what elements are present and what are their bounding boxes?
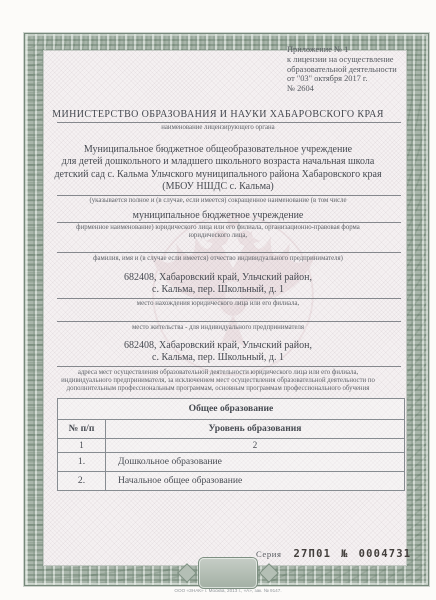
field-underline: [57, 195, 401, 196]
organization-name-line: для детей дошкольного и младшего школьно…: [45, 156, 391, 168]
annex-line: образовательной деятельности: [287, 65, 405, 75]
field-underline: [57, 122, 401, 123]
residence-caption: место жительства - для индивидуального п…: [45, 324, 391, 332]
field-underline: [57, 252, 401, 253]
activity-address: 682408, Хабаровский край, Ульчский район…: [45, 340, 391, 365]
legal-form-caption-line: юридического лица,: [45, 232, 391, 240]
form-serial: Серия 27П01 № 0004731: [256, 548, 411, 560]
table-header-row: № п/п Уровень образования: [58, 419, 404, 438]
location-address: 682408, Хабаровский край, Ульчский район…: [45, 272, 391, 297]
scanned-license-annex-page: Приложение № 1 к лицензии на осуществлен…: [0, 0, 436, 600]
activity-caption-line: адреса мест осуществления образовательно…: [45, 369, 391, 377]
organization-name: Муниципальное бюджетное общеобразователь…: [45, 144, 391, 194]
annex-line: от "03" октября 2017 г.: [287, 74, 405, 84]
activity-caption-line: индивидуального предпринимателя, за искл…: [45, 377, 391, 385]
serial-series: 27П01: [294, 548, 332, 560]
serial-number: 0004731: [359, 548, 412, 560]
annex-line: № 2604: [287, 84, 405, 94]
organization-name-caption: (указывается полное и (в случае, если им…: [45, 197, 391, 205]
colnum-2: 2: [106, 439, 404, 452]
location-address-line: 682408, Хабаровский край, Ульчский район…: [45, 272, 391, 284]
serial-label: Серия: [256, 549, 282, 559]
activity-address-line: с. Кальма, пер. Школьный, д. 1: [45, 352, 391, 364]
organization-name-line: детский сад с. Кальма Ульчского муниципа…: [45, 169, 391, 181]
field-underline: [57, 321, 401, 322]
serial-number-sign: №: [341, 548, 349, 560]
annex-line: Приложение № 1: [287, 45, 405, 55]
printer-imprint: ООО «ЗНАК» г. Москва, 2013 г., «А», зак.…: [164, 588, 292, 593]
ministry-title: МИНИСТЕРСТВО ОБРАЗОВАНИЯ И НАУКИ ХАБАРОВ…: [45, 109, 391, 120]
annex-line: к лицензии на осуществление: [287, 55, 405, 65]
field-underline: [57, 298, 401, 299]
colnum-1: 1: [58, 439, 106, 452]
table-colnum-row: 1 2: [58, 438, 404, 452]
education-table: Общее образование № п/п Уровень образова…: [57, 398, 405, 491]
col-header-num: № п/п: [58, 420, 106, 438]
table-row: 1. Дошкольное образование: [58, 452, 404, 471]
bottom-ornament-plaque: [199, 558, 257, 588]
activity-address-line: 682408, Хабаровский край, Ульчский район…: [45, 340, 391, 352]
activity-caption: адреса мест осуществления образовательно…: [45, 369, 391, 392]
organization-name-line: (МБОУ НШДС с. Кальма): [45, 181, 391, 193]
entrepreneur-caption: фамилия, имя и (в случае если имеется) о…: [45, 255, 391, 263]
activity-caption-line: дополнительным профессиональным программ…: [45, 385, 391, 393]
legal-form-caption: фирменное наименование) юридического лиц…: [45, 224, 391, 240]
row-num: 1.: [58, 453, 106, 471]
table-row: 2. Начальное общее образование: [58, 471, 404, 490]
field-underline: [57, 222, 401, 223]
annex-note: Приложение № 1 к лицензии на осуществлен…: [287, 45, 405, 94]
col-header-level: Уровень образования: [106, 420, 404, 438]
location-caption: место нахождения юридического лица или е…: [45, 300, 391, 308]
legal-form-caption-line: фирменное наименование) юридического лиц…: [45, 224, 391, 232]
ministry-caption: наименование лицензирующего органа: [45, 124, 391, 132]
location-address-line: с. Кальма, пер. Школьный, д. 1: [45, 284, 391, 296]
organization-name-line: Муниципальное бюджетное общеобразователь…: [45, 144, 391, 156]
table-title: Общее образование: [58, 399, 404, 419]
table-title-row: Общее образование: [58, 399, 404, 419]
row-level: Начальное общее образование: [106, 472, 404, 490]
row-level: Дошкольное образование: [106, 453, 404, 471]
field-underline: [57, 366, 401, 367]
row-num: 2.: [58, 472, 106, 490]
legal-form: муниципальное бюджетное учреждение: [45, 210, 391, 222]
